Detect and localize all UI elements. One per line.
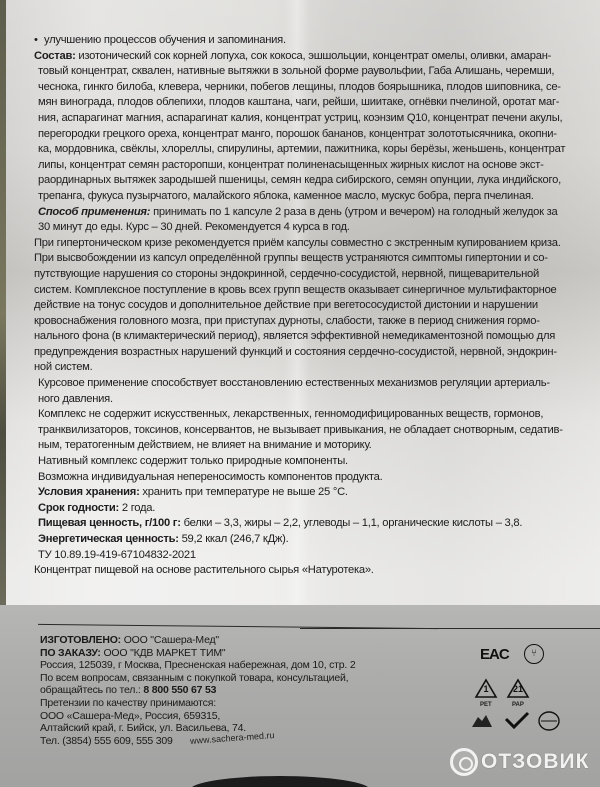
divider [300, 628, 600, 629]
claims-text: Претензии по качеству принимаются: [40, 697, 356, 710]
composition-line: раординарных вытяжек зародышей пшеницы, … [34, 173, 574, 189]
order-value: ООО "КДВ МАРКЕТ ТИМ" [103, 647, 225, 659]
usage-line: принимать по 1 капсуле 2 раза в день (ут… [153, 206, 557, 218]
paragraph-line: кровоснабжения головного мозга, при прис… [34, 314, 574, 330]
usage-line: 30 минут до еды. Курс – 30 дней. Рекомен… [34, 220, 574, 236]
storage: Условия хранения: хранить при температур… [34, 485, 574, 501]
nutrition-value: белки – 3,3, жиры – 2,2, углеводы – 1,1,… [184, 517, 523, 529]
paragraph-line: предупреждения возрастных нарушений функ… [34, 345, 574, 361]
nutrition-label: Пищевая ценность, г/100 г: [38, 517, 181, 529]
paragraph-line: ной систем. [34, 360, 574, 376]
storage-value: хранить при температуре не выше 25 °С. [142, 486, 347, 498]
energy-value: 59,2 ккал (246,7 кДж). [182, 533, 289, 545]
paragraph-line: систем. Комплексное поступление в кровь … [34, 283, 574, 299]
paragraph-line: Курсовое применение способствует восстан… [34, 376, 574, 392]
questions-text: По всем вопросам, связанным с покупкой т… [40, 672, 356, 685]
claims-company: ООО «Сашера-Мед», Россия, 659315, [40, 710, 356, 723]
energy: Энергетическая ценность: 59,2 ккал (246,… [34, 532, 574, 548]
watermark-text: ОТЗОВИК [481, 750, 589, 774]
paragraph-line: Нативный комплекс содержит только природ… [34, 454, 574, 470]
otzovik-watermark: ОТЗОВИК [450, 744, 589, 780]
certification-marks: EAC ⑂ 1 PET 21 PAP [470, 644, 590, 734]
nutrition: Пищевая ценность, г/100 г: белки – 3,3, … [34, 516, 574, 532]
paragraph-line: Возможна индивидуальная непереносимость … [34, 470, 574, 486]
composition-rest: товый концентрат, сквален, нативные вытя… [34, 64, 574, 204]
tidy-man-icon [470, 711, 494, 733]
made-value: ООО "Сашера-Мед" [124, 634, 219, 646]
storage-label: Условия хранения: [38, 486, 140, 498]
paragraph-line: действие на тонус сосудов и дополнительн… [34, 298, 574, 314]
recycle-pet-icon: 1 [474, 678, 498, 700]
composition-label: Состав: [34, 50, 76, 62]
phone-prefix: обращайтесь по тел.: [40, 684, 141, 696]
paragraph-line: При высвобождении из капсул определённой… [34, 251, 574, 267]
paragraph-line: ным, тератогенным действием, не влияет н… [34, 438, 574, 454]
claims-address: Алтайский край, г. Бийск, ул. Васильева,… [40, 722, 356, 735]
composition-line: трепанга, фукуса пузырчатого, малайского… [34, 189, 574, 205]
recycle-label: PET [480, 702, 492, 708]
bullet-line: •улучшению процессов обучения и запомина… [34, 33, 574, 49]
composition-line: чеснока, гинкго билоба, клевера, черники… [34, 80, 574, 96]
cup-fork-icon: ⑂ [524, 644, 544, 664]
composition-line: перегородки грецкого ореха, концентрат м… [34, 127, 574, 143]
recycle-pap-icon: 21 [506, 678, 530, 700]
product-line: Концентрат пищевой на основе растительно… [34, 563, 574, 579]
usage: Способ применения: принимать по 1 капсул… [34, 205, 574, 221]
checkmark-icon [504, 711, 530, 733]
composition-line: изотонический сок корней лопуха, сок кок… [78, 50, 551, 62]
recycle-number: 1 [483, 684, 488, 694]
recycle-label: PAP [512, 702, 524, 708]
paragraph-line: нального фона (в климактерический период… [34, 329, 574, 345]
instruction-text: •улучшению процессов обучения и запомина… [34, 33, 574, 579]
address: Россия, 125039, г Москва, Пресненская на… [40, 659, 356, 672]
paragraph-line: Комплекс не содержит искусственных, лека… [34, 407, 574, 423]
order-label: ПО ЗАКАЗУ: [40, 647, 101, 659]
composition-line: ка, мордовника, свёклы, хлореллы, спирул… [34, 142, 574, 158]
paragraph-line: ного давления. [34, 392, 574, 408]
recycle-number: 21 [513, 684, 523, 694]
shelf-life-value: 2 года. [122, 502, 155, 514]
shelf-life: Срок годности: 2 года. [34, 501, 574, 517]
usage-label: Способ применения: [38, 206, 150, 218]
round-seal-icon [538, 711, 560, 733]
otzovik-logo-icon [450, 748, 478, 776]
shelf-life-label: Срок годности: [38, 502, 119, 514]
composition-line: ния, аспарагинат магния, аспарагинат кал… [34, 111, 574, 127]
paragraph-line: путствующие нарушения со стороны эндокри… [34, 267, 574, 283]
made-label: ИЗГОТОВЛЕНО: [40, 634, 121, 646]
manufacturer-info: ИЗГОТОВЛЕНО: ООО "Сашера-Мед" ПО ЗАКАЗУ:… [40, 634, 356, 747]
eac-mark-icon: EAC [480, 646, 509, 663]
composition: Состав: изотонический сок корней лопуха,… [34, 49, 574, 65]
paragraph-line: транквилизаторов, токсинов, консервантов… [34, 423, 574, 439]
paragraph-line: При гипертоническом кризе рекомендуется … [34, 236, 574, 252]
composition-line: мян винограда, плодов облепихи, плодов к… [34, 95, 574, 111]
composition-line: товый концентрат, сквален, нативные вытя… [34, 64, 574, 80]
composition-line: липы, концентрат семян расторопши, конце… [34, 158, 574, 174]
bullet-icon: • [34, 33, 44, 49]
bullet-text: улучшению процессов обучения и запоминан… [44, 34, 286, 46]
energy-label: Энергетическая ценность: [38, 533, 179, 545]
hotline-phone: 8 800 550 67 53 [143, 684, 216, 696]
tu-code: ТУ 10.89.19-419-67104832-2021 [34, 548, 574, 564]
paragraphs: При гипертоническом кризе рекомендуется … [34, 236, 574, 486]
